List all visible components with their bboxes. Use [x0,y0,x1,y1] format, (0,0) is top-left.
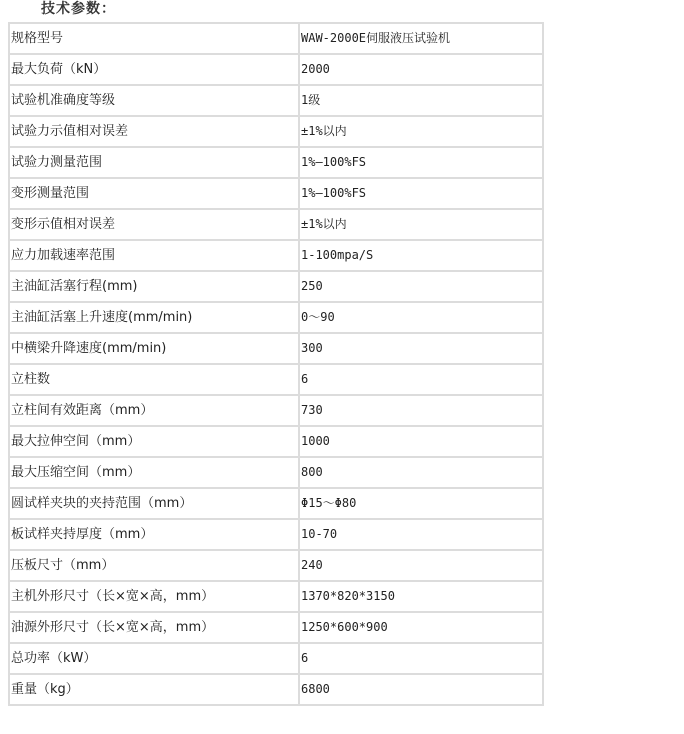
param-value: 1%—100%FS [299,178,543,209]
table-row: 应力加载速率范围 1-100mpa/S [9,240,543,271]
param-label: 主油缸活塞行程(mm) [9,271,299,302]
param-value: 730 [299,395,543,426]
param-value: 6 [299,643,543,674]
param-value: 1370*820*3150 [299,581,543,612]
param-label: 立柱数 [9,364,299,395]
param-value: 300 [299,333,543,364]
table-row: 最大负荷（kN） 2000 [9,54,543,85]
param-value: ±1%以内 [299,209,543,240]
param-value: WAW-2000E伺服液压试验机 [299,23,543,54]
table-row: 压板尺寸（mm） 240 [9,550,543,581]
param-value: 1000 [299,426,543,457]
param-label: 总功率（kW） [9,643,299,674]
param-label: 中横梁升降速度(mm/min) [9,333,299,364]
param-label: 重量（kg） [9,674,299,705]
table-row: 最大拉伸空间（mm） 1000 [9,426,543,457]
table-row: 规格型号 WAW-2000E伺服液压试验机 [9,23,543,54]
param-label: 最大拉伸空间（mm） [9,426,299,457]
param-value: 2000 [299,54,543,85]
table-row: 试验力示值相对误差 ±1%以内 [9,116,543,147]
param-label: 变形示值相对误差 [9,209,299,240]
param-label: 立柱间有效距离（mm） [9,395,299,426]
table-row: 油源外形尺寸（长×宽×高，mm） 1250*600*900 [9,612,543,643]
table-row: 中横梁升降速度(mm/min) 300 [9,333,543,364]
table-row: 总功率（kW） 6 [9,643,543,674]
param-value: 10-70 [299,519,543,550]
param-label: 变形测量范围 [9,178,299,209]
param-value: ±1%以内 [299,116,543,147]
param-value: 1级 [299,85,543,116]
param-label: 板试样夹持厚度（mm） [9,519,299,550]
table-row: 板试样夹持厚度（mm） 10-70 [9,519,543,550]
param-label: 试验力测量范围 [9,147,299,178]
table-row: 主油缸活塞行程(mm) 250 [9,271,543,302]
param-label: 规格型号 [9,23,299,54]
param-value: 800 [299,457,543,488]
table-row: 变形测量范围 1%—100%FS [9,178,543,209]
param-label: 试验机准确度等级 [9,85,299,116]
param-value: 6800 [299,674,543,705]
table-row: 立柱数 6 [9,364,543,395]
table-row: 圆试样夹块的夹持范围（mm） Φ15～Φ80 [9,488,543,519]
table-row: 主机外形尺寸（长×宽×高，mm） 1370*820*3150 [9,581,543,612]
param-value: 1250*600*900 [299,612,543,643]
param-value: 250 [299,271,543,302]
param-value: 0～90 [299,302,543,333]
table-row: 试验机准确度等级 1级 [9,85,543,116]
param-label: 油源外形尺寸（长×宽×高，mm） [9,612,299,643]
param-value: Φ15～Φ80 [299,488,543,519]
table-row: 立柱间有效距离（mm） 730 [9,395,543,426]
param-value: 1%—100%FS [299,147,543,178]
param-value: 1-100mpa/S [299,240,543,271]
table-row: 最大压缩空间（mm） 800 [9,457,543,488]
param-label: 圆试样夹块的夹持范围（mm） [9,488,299,519]
spec-table: 规格型号 WAW-2000E伺服液压试验机 最大负荷（kN） 2000 试验机准… [8,22,544,706]
param-label: 最大负荷（kN） [9,54,299,85]
param-label: 压板尺寸（mm） [9,550,299,581]
table-row: 重量（kg） 6800 [9,674,543,705]
param-label: 主油缸活塞上升速度(mm/min) [9,302,299,333]
table-row: 试验力测量范围 1%—100%FS [9,147,543,178]
param-value: 6 [299,364,543,395]
param-label: 应力加载速率范围 [9,240,299,271]
param-label: 主机外形尺寸（长×宽×高，mm） [9,581,299,612]
param-label: 试验力示值相对误差 [9,116,299,147]
table-row: 变形示值相对误差 ±1%以内 [9,209,543,240]
param-label: 最大压缩空间（mm） [9,457,299,488]
param-value: 240 [299,550,543,581]
table-row: 主油缸活塞上升速度(mm/min) 0～90 [9,302,543,333]
section-heading-technical-parameters: 技术参数： [41,0,116,20]
